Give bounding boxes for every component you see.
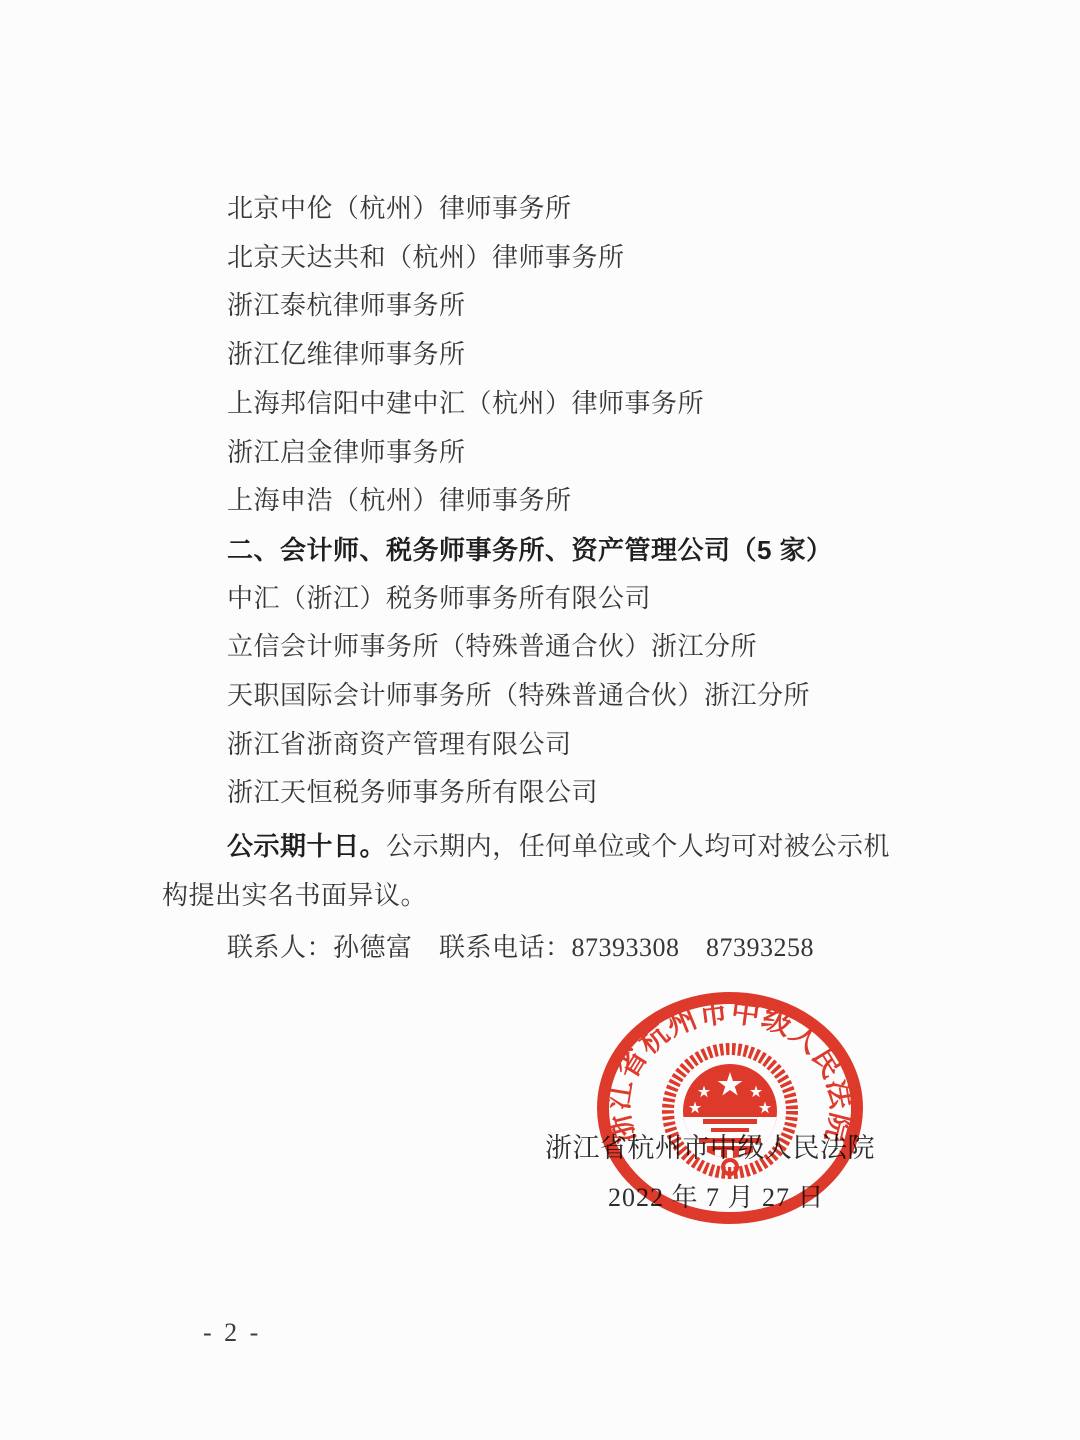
law-firm-item: 浙江亿维律师事务所 — [162, 331, 932, 380]
notice-paragraph-line1: 公示期十日。公示期内，任何单位或个人均可对被公示机 — [162, 822, 890, 872]
accounting-firm-item: 浙江省浙商资产管理有限公司 — [162, 721, 932, 770]
section2-heading: 二、会计师、税务师事务所、资产管理公司（5 家） — [162, 526, 932, 575]
law-firm-item: 浙江启金律师事务所 — [162, 429, 932, 478]
notice-bold-text: 公示期十日。 — [227, 831, 386, 861]
law-firm-item: 上海邦信阳中建中汇（杭州）律师事务所 — [162, 380, 932, 429]
accounting-firm-item: 中汇（浙江）税务师事务所有限公司 — [162, 575, 932, 624]
page-number: - 2 - — [203, 1318, 261, 1348]
notice-paragraph-line2: 构提出实名书面异议。 — [162, 872, 932, 921]
notice-text: 公示期内，任何单位或个人均可对被公示机 — [386, 832, 890, 861]
law-firm-item: 浙江泰杭律师事务所 — [162, 282, 932, 331]
accounting-firm-item: 浙江天恒税务师事务所有限公司 — [162, 769, 932, 818]
law-firm-item: 北京天达共和（杭州）律师事务所 — [162, 234, 932, 283]
document-page: 北京中伦（杭州）律师事务所 北京天达共和（杭州）律师事务所 浙江泰杭律师事务所 … — [0, 0, 1080, 1440]
contact-line: 联系人：孙德富 联系电话：87393308 87393258 — [162, 924, 932, 973]
law-firm-item: 北京中伦（杭州）律师事务所 — [162, 185, 932, 234]
law-firm-item: 上海申浩（杭州）律师事务所 — [162, 477, 932, 526]
official-seal: 浙江省杭州市中级人民法院 — [590, 983, 870, 1233]
document-body: 北京中伦（杭州）律师事务所 北京天达共和（杭州）律师事务所 浙江泰杭律师事务所 … — [162, 185, 932, 972]
accounting-firm-item: 立信会计师事务所（特殊普通合伙）浙江分所 — [162, 623, 932, 672]
national-emblem-icon — [668, 1049, 792, 1174]
accounting-firm-item: 天职国际会计师事务所（特殊普通合伙）浙江分所 — [162, 672, 932, 721]
